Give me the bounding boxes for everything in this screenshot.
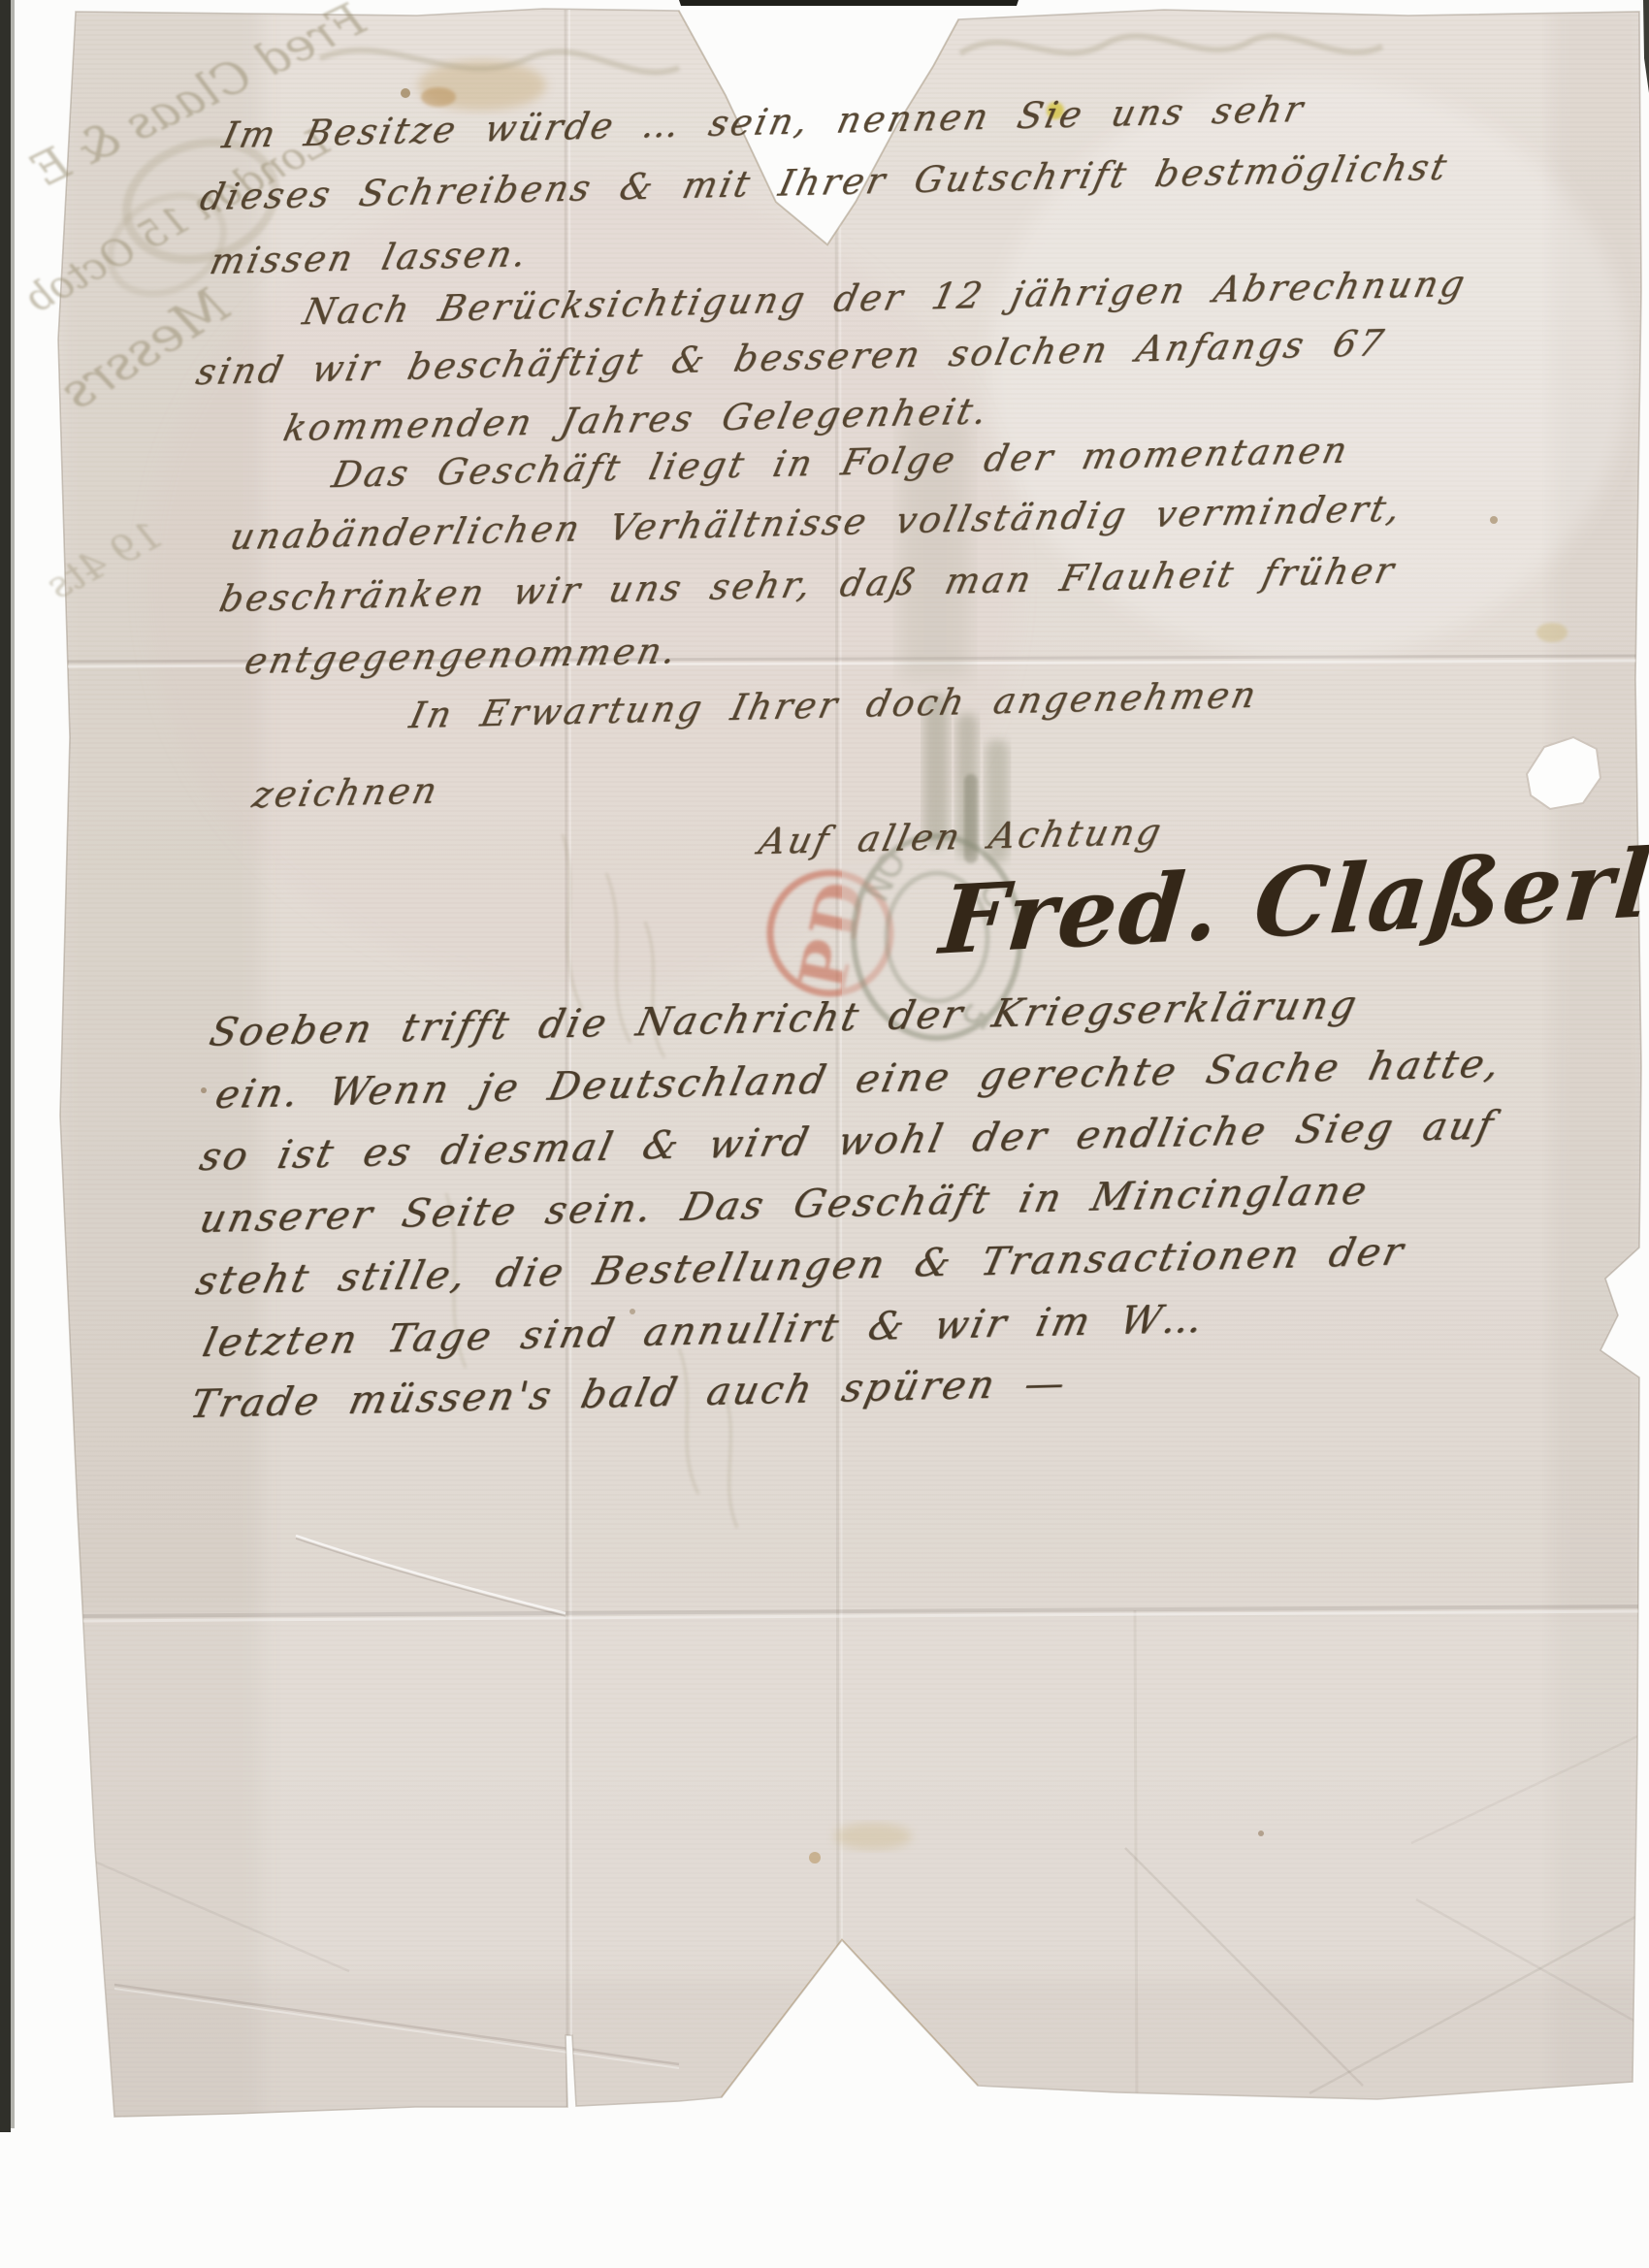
scanner-edge-top-right — [1643, 0, 1649, 93]
scanned-letter-page: PD NO C 5 Fred Claas & E London 15 Octob… — [0, 0, 1649, 2268]
handwriting-line: missen lassen. — [206, 233, 533, 282]
scanner-edge-top — [679, 0, 1018, 6]
scanner-edge-left — [0, 0, 11, 2132]
handwriting-line: zeichnen — [248, 769, 443, 816]
